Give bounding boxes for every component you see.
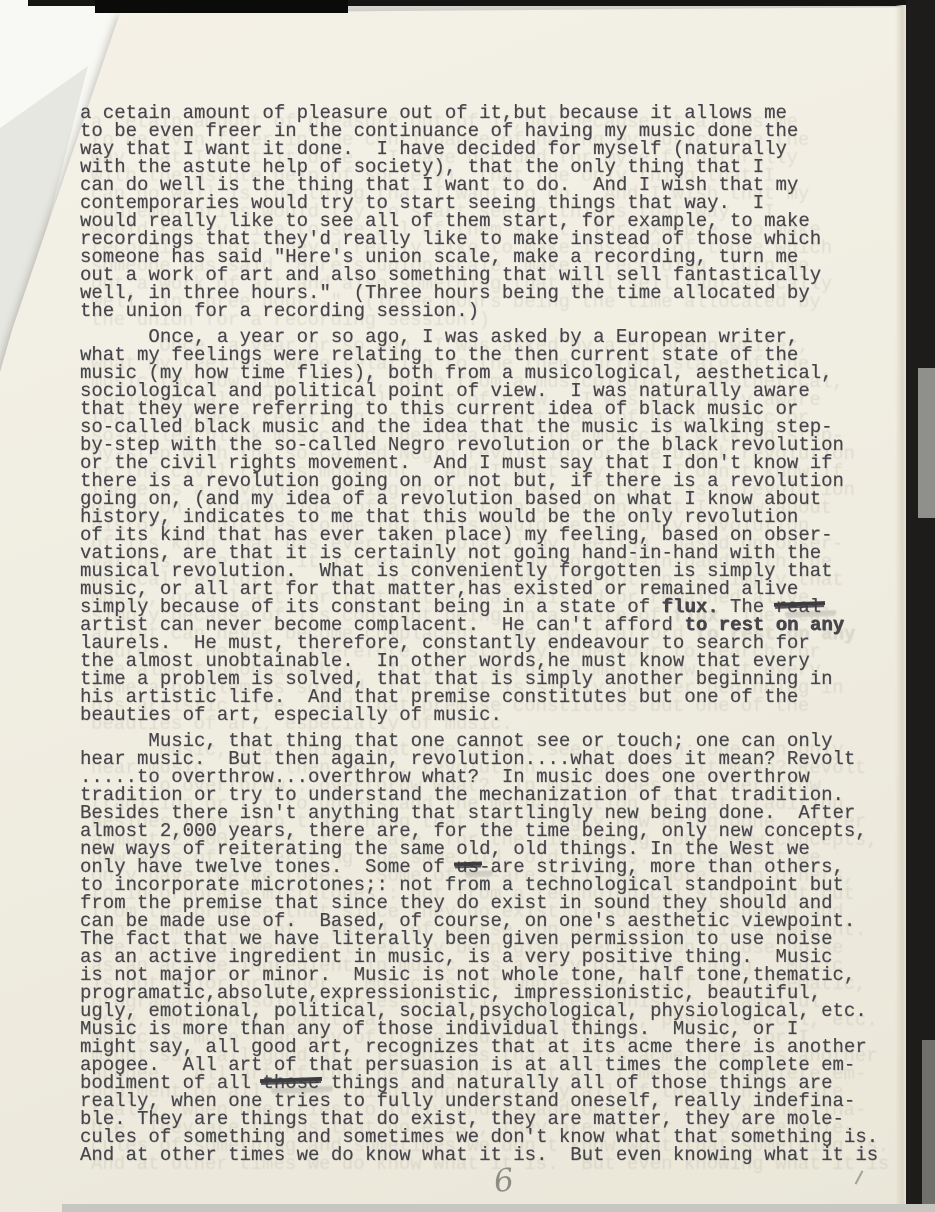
paragraph: Once, a year or so ago, I was asked by a… [80, 328, 910, 724]
typewritten-text: a cetain amount of pleasure out of it,bu… [80, 104, 910, 1172]
scan-edge-top-wedge [95, 0, 348, 13]
page-number: 6 [492, 1162, 516, 1200]
scan-edge-right-light-patch [922, 1040, 935, 1212]
paragraph: a cetain amount of pleasure out of it,bu… [80, 104, 910, 320]
paragraph: Music, that thing that one cannot see or… [80, 732, 910, 1164]
scan-edge-bottom [62, 1204, 935, 1212]
